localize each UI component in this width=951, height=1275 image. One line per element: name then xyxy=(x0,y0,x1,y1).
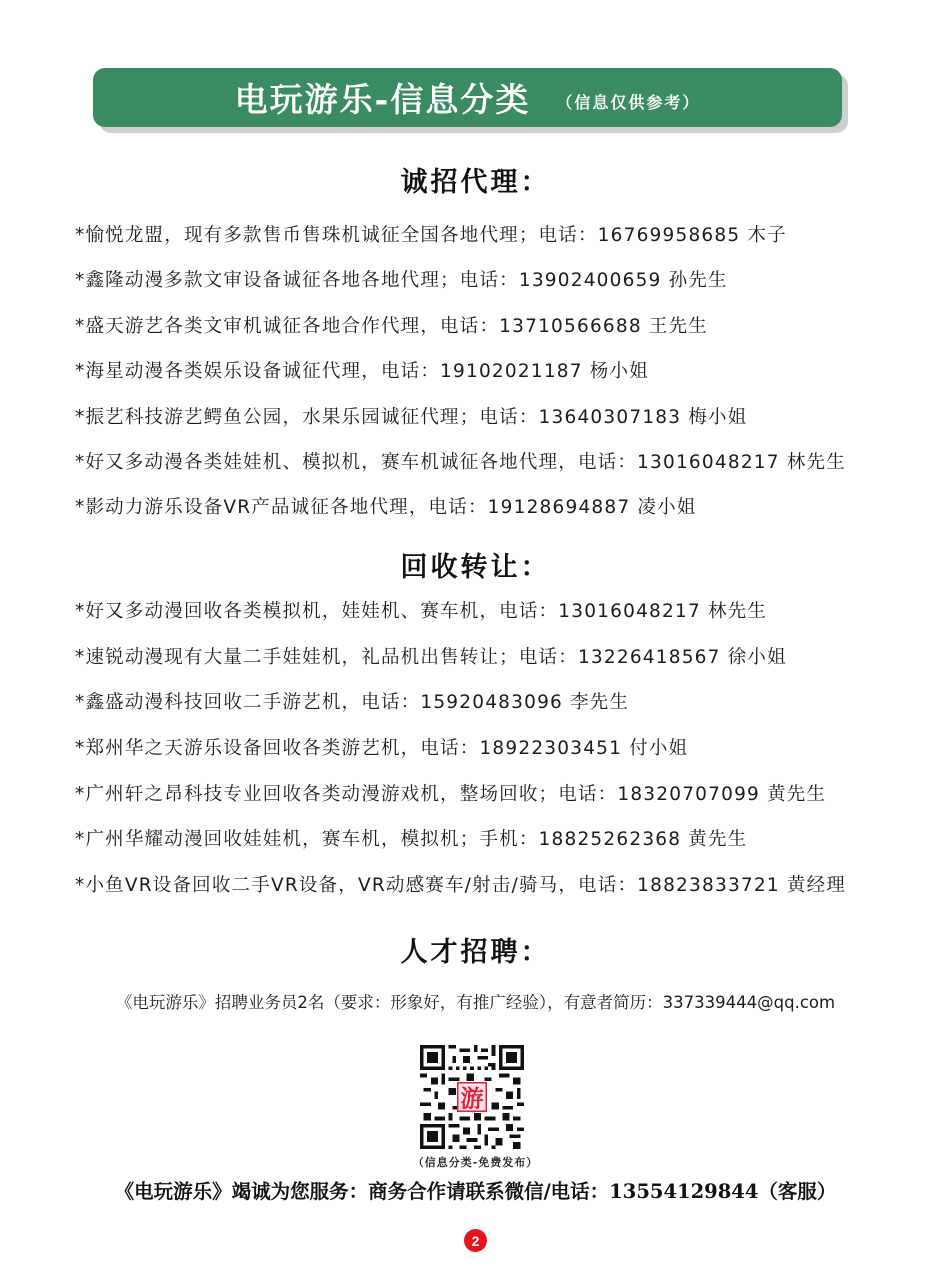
list-item: *愉悦龙盟，现有多款售币售珠机诚征全国各地代理；电话：16769958685 木… xyxy=(75,223,787,249)
list-item: *广州轩之昂科技专业回收各类动漫游戏机，整场回收；电话：18320707099 … xyxy=(75,782,826,808)
list-item: *好又多动漫回收各类模拟机，娃娃机、赛车机，电话：13016048217 林先生 xyxy=(75,599,767,625)
list-item: *速锐动漫现有大量二手娃娃机，礼品机出售转让；电话：13226418567 徐小… xyxy=(75,645,787,671)
page-title: 电玩游乐-信息分类 xyxy=(235,74,531,121)
list-item: *影动力游乐设备VR产品诚征各地代理，电话：19128694887 凌小姐 xyxy=(75,495,697,521)
list-item: *小鱼VR设备回收二手VR设备，VR动感赛车/射击/骑马，电话：18823833… xyxy=(75,873,846,899)
list-item: *鑫盛动漫科技回收二手游艺机，电话：15920483096 李先生 xyxy=(75,690,629,716)
footer-contact: 《电玩游乐》竭诚为您服务：商务合作请联系微信/电话：13554129844（客服… xyxy=(0,1177,951,1207)
recruit-notice: 《电玩游乐》招聘业务员2名（要求：形象好，有推广经验），有意者简历：337339… xyxy=(0,990,951,1016)
qr-code[interactable]: 游 xyxy=(420,1045,524,1149)
section-title-agents: 诚招代理： xyxy=(0,160,951,199)
list-item: *盛天游艺各类文审机诚征各地合作代理，电话：13710566688 王先生 xyxy=(75,314,708,340)
qr-logo-glyph: 游 xyxy=(460,1086,484,1113)
section-title-recycle: 回收转让： xyxy=(0,545,951,584)
section-title-recruit: 人才招聘： xyxy=(0,930,951,969)
list-item: *郑州华之天游乐设备回收各类游艺机，电话：18922303451 付小姐 xyxy=(75,736,688,762)
list-item: *广州华耀动漫回收娃娃机，赛车机，模拟机；手机：18825262368 黄先生 xyxy=(75,827,747,853)
list-item: *振艺科技游艺鳄鱼公园，水果乐园诚征代理；电话：13640307183 梅小姐 xyxy=(75,405,747,431)
list-item: *好又多动漫各类娃娃机、模拟机，赛车机诚征各地代理，电话：13016048217… xyxy=(75,450,846,476)
qr-caption: （信息分类-免费发布） xyxy=(0,1154,951,1170)
page-subtitle: （信息仅供参考） xyxy=(556,90,700,113)
header-banner: 电玩游乐-信息分类 （信息仅供参考） xyxy=(93,68,842,127)
list-item: *鑫隆动漫多款文审设备诚征各地各地代理；电话：13902400659 孙先生 xyxy=(75,268,728,294)
page-number-badge: 2 xyxy=(464,1229,487,1252)
list-item: *海星动漫各类娱乐设备诚征代理，电话：19102021187 杨小姐 xyxy=(75,359,649,385)
